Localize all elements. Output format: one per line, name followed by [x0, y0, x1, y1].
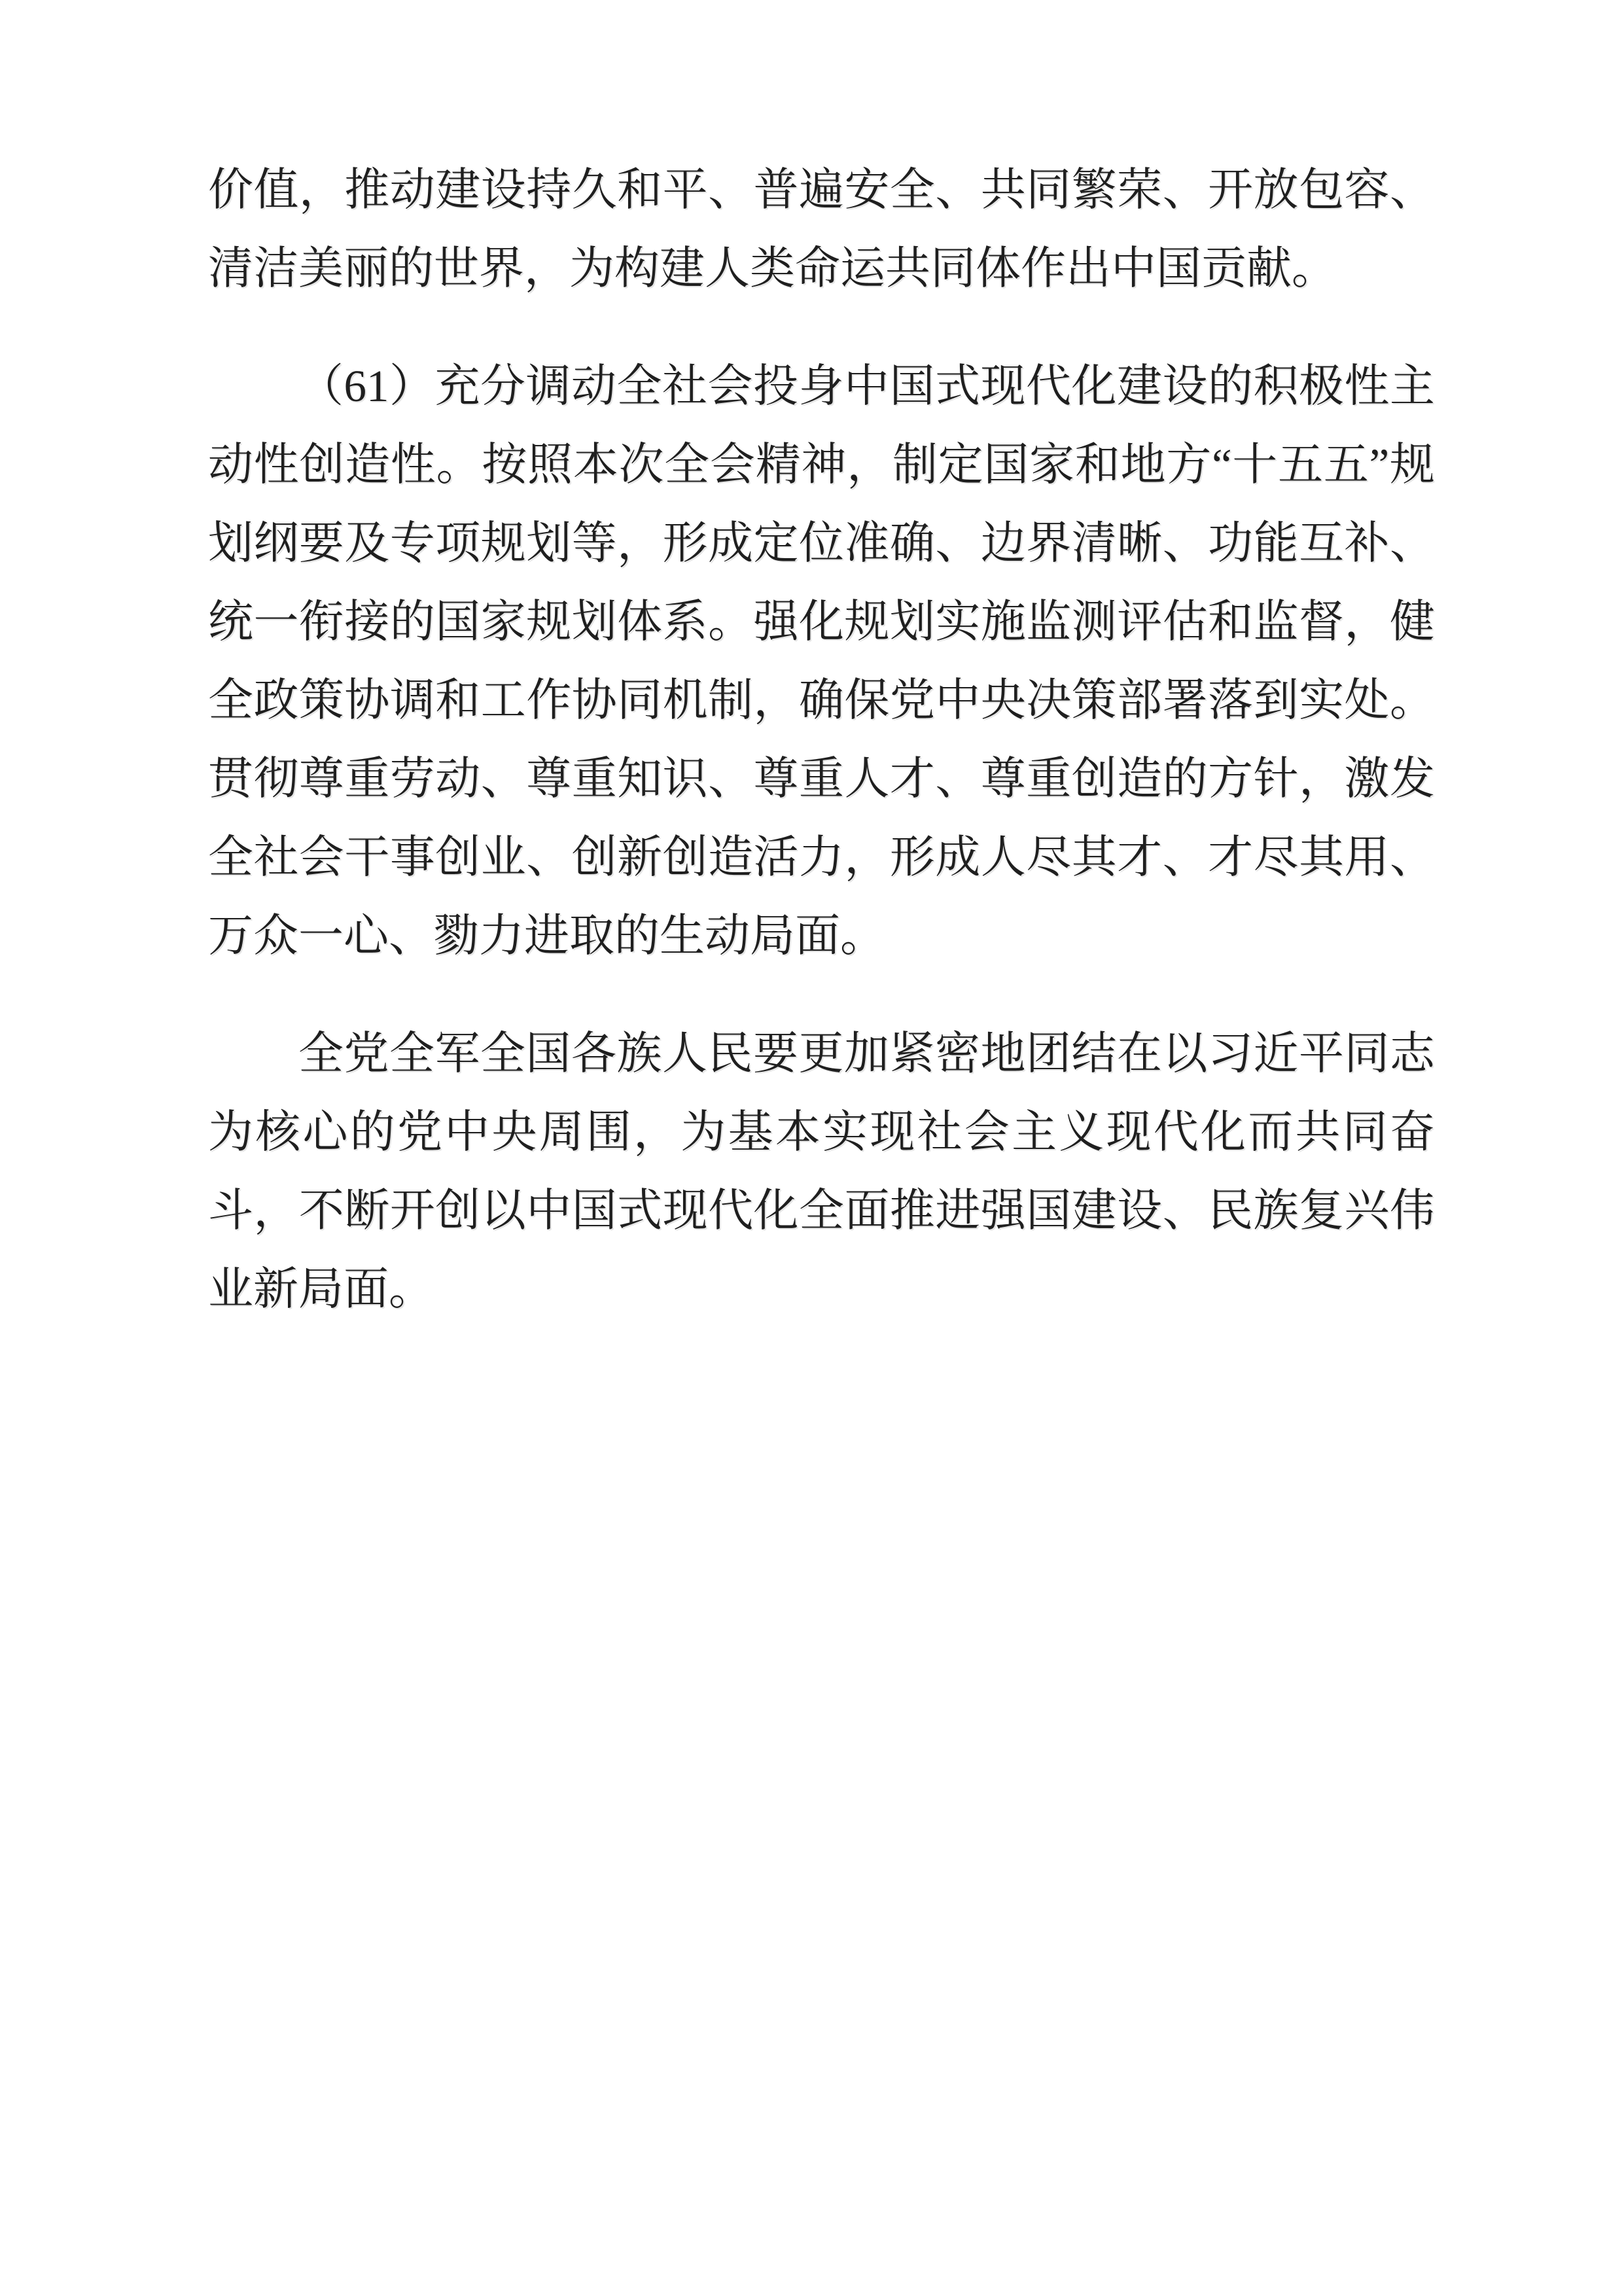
paragraph-continuation: 价值，推动建设持久和平、普遍安全、共同繁荣、开放包容、清洁美丽的世界，为构建人类… — [208, 150, 1435, 308]
document-page: 价值，推动建设持久和平、普遍安全、共同繁荣、开放包容、清洁美丽的世界，为构建人类… — [0, 0, 1622, 2296]
paragraph-61: （61）充分调动全社会投身中国式现代化建设的积极性主动性创造性。按照本次全会精神… — [208, 347, 1435, 975]
paragraph-closing: 全党全军全国各族人民要更加紧密地团结在以习近平同志为核心的党中央周围，为基本实现… — [208, 1014, 1435, 1328]
